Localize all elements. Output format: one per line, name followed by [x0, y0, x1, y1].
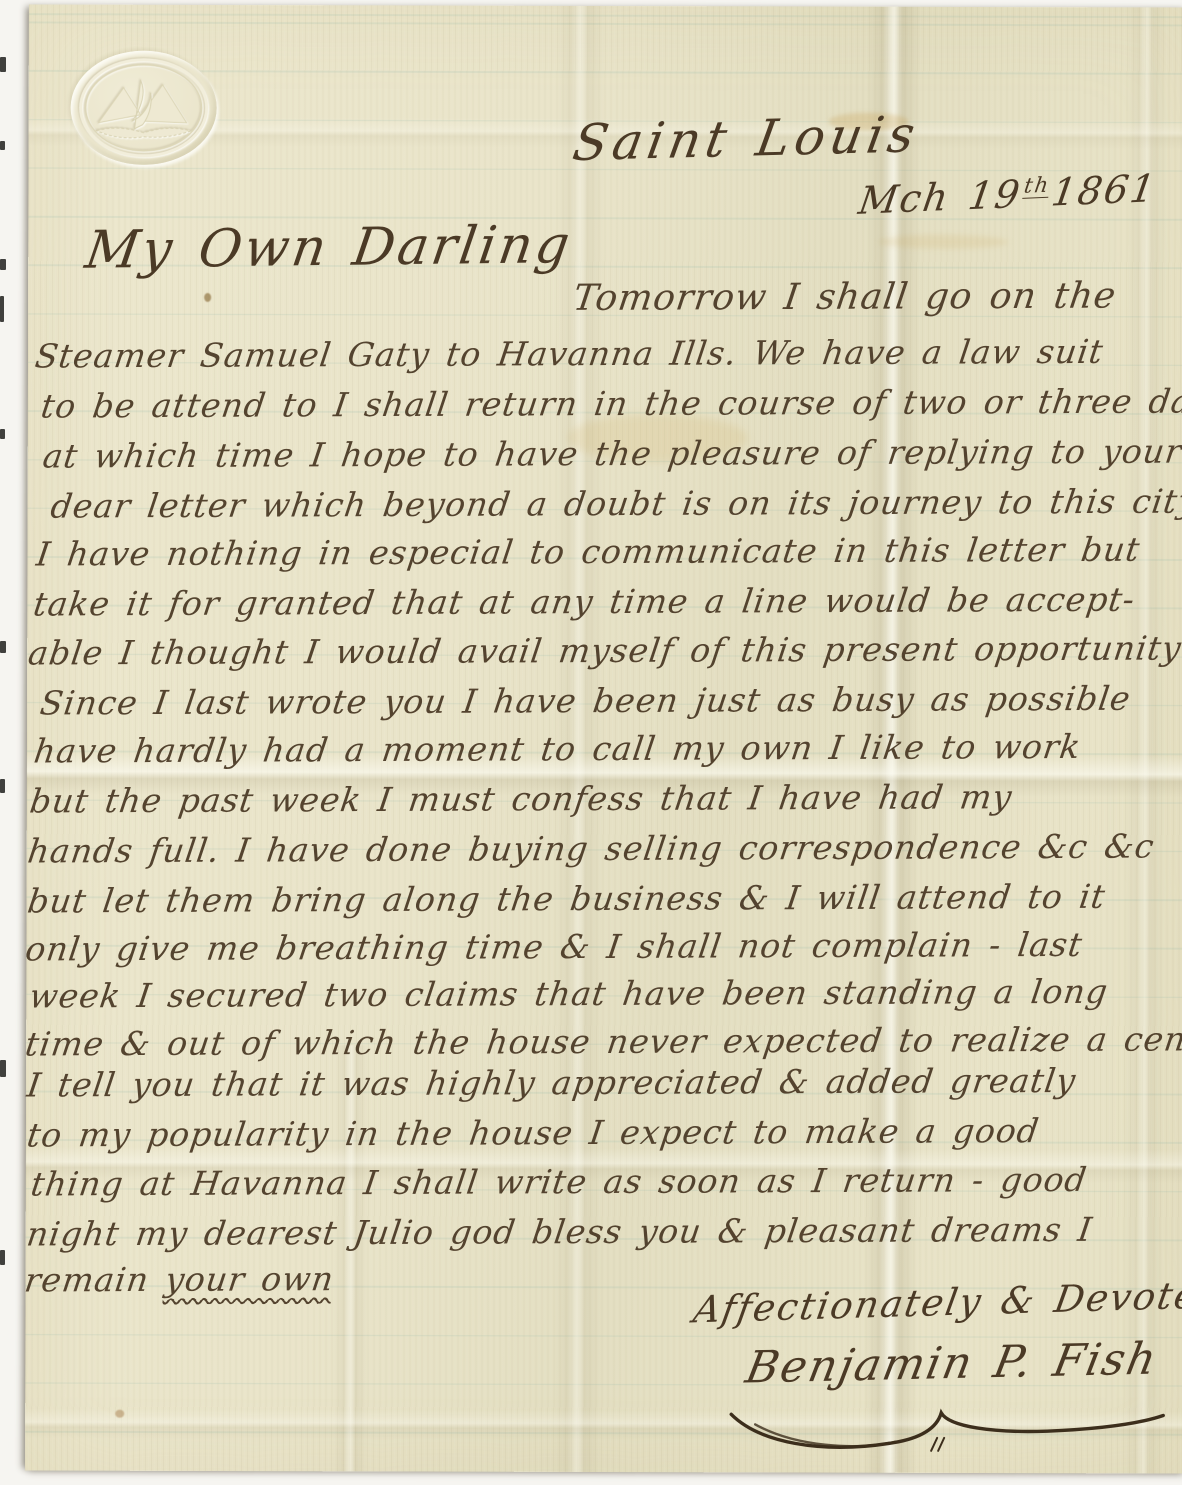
date-prefix: Mch 19 — [856, 172, 1025, 223]
signature-flourish — [725, 1398, 1170, 1461]
letter-line: have hardly had a moment to call my own … — [32, 727, 1084, 771]
letter-line: thing at Havanna I shall write as soon a… — [29, 1160, 1090, 1204]
scan-edge-mark — [0, 259, 6, 270]
embossed-seal — [71, 51, 217, 165]
final-line-prefix: remain — [22, 1260, 168, 1300]
letter-line: to my popularity in the house I expect t… — [25, 1111, 1042, 1154]
scan-edge-mark — [0, 641, 6, 653]
scan-edge-mark — [0, 1250, 5, 1265]
salutation: My Own Darling — [82, 215, 577, 281]
date-ordinal-suffix: th — [1022, 173, 1052, 199]
letter-line: at which time I hope to have the pleasur… — [40, 432, 1182, 476]
date-year: 1861 — [1049, 166, 1160, 215]
paper-stain — [115, 1410, 124, 1418]
signature: Benjamin P. Fish — [742, 1333, 1163, 1393]
letter-line: but let them bring along the business & … — [25, 877, 1108, 921]
letter-line: I have nothing in especial to communicat… — [34, 530, 1143, 574]
letter-date: Mch 19th1861 — [856, 166, 1160, 223]
letter-line: time & out of which the house never expe… — [23, 1019, 1182, 1063]
final-line-underlined: your own — [163, 1259, 337, 1299]
letter-line: able I thought I would avail myself of t… — [26, 628, 1182, 672]
closing: Affectionately & Devotedly — [690, 1272, 1182, 1332]
letter-line: dear letter which beyond a doubt is on i… — [48, 482, 1182, 526]
scanned-letter-page: Saint Louis Mch 19th1861 My Own Darling … — [0, 0, 1182, 1485]
letter-place: Saint Louis — [569, 105, 924, 172]
scan-edge-mark — [0, 296, 4, 322]
letter-line: week I secured two claims that have been… — [27, 972, 1111, 1016]
letter-line-final: remain your own — [22, 1259, 336, 1299]
paper-stain — [204, 293, 211, 302]
letter-line: I tell you that it was highly appreciate… — [25, 1061, 1079, 1105]
letter-line: Since I last wrote you I have been just … — [38, 679, 1134, 723]
letter-line: Steamer Samuel Gaty to Havanna Ills. We … — [33, 332, 1106, 376]
fold-crease-vertical — [1123, 7, 1167, 1473]
letter-line-opening: Tomorrow I shall go on the — [571, 276, 1119, 319]
fold-crease-vertical — [333, 1045, 368, 1471]
letter-line: night my dearest Julio god bless you & p… — [24, 1210, 1095, 1254]
letter-line: only give me breathing time & I shall no… — [23, 925, 1085, 969]
letter-line: take it for granted that at any time a l… — [31, 580, 1138, 624]
letter-line: but the past week I must confess that I … — [28, 777, 1015, 820]
letter-paper: Saint Louis Mch 19th1861 My Own Darling … — [25, 4, 1182, 1473]
scan-edge-mark — [0, 779, 5, 793]
paper-stain — [878, 235, 1008, 249]
scan-edge-mark — [0, 1060, 6, 1077]
scan-edge-mark — [0, 429, 5, 439]
scan-edge-mark — [0, 57, 6, 72]
letter-line: to be attend to I shall return in the co… — [39, 381, 1182, 425]
scan-edge-mark — [0, 141, 5, 150]
eagle-over-mountains-icon — [71, 51, 217, 165]
letter-line: hands full. I have done buying selling c… — [25, 827, 1157, 871]
